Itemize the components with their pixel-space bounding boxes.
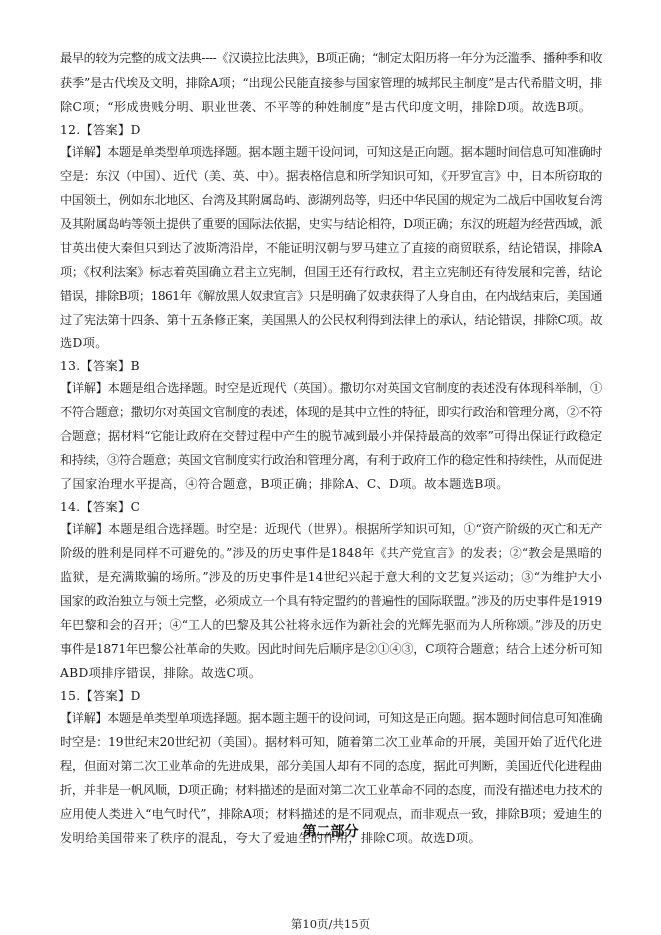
text-line: 折，并非是一帆风顺，D项正确；材料描述的是面对第二次工业革命不同的态度，而没有描… [60, 780, 602, 800]
text-line: 过了宪法第十四条、第十五条修正案，美国黑人的公民权利得到法律上的承认，结论错误，… [60, 310, 602, 330]
text-line: 阶级的胜利是同样不可避免的。”涉及的历史事件是1848年《共产党宣言》的发表；②… [60, 543, 602, 563]
text-line: 选D项。 [60, 333, 602, 353]
section-heading: 第二部分 [0, 822, 661, 842]
text-line: 合题意；据材料“它能让政府在交替过程中产生的脱节减到最小并保持最高的效率”可得出… [60, 426, 602, 446]
text-line: 及其附属岛屿等领土提供了重要的国际法依据，史实与结论相符，D项正确；东汉的班超为… [60, 214, 602, 234]
page-footer: 第10页/共15页 [0, 916, 661, 932]
text-line: 年巴黎和会的召开；④“工人的巴黎及其公社将永远作为新社会的光辉先驱而为人所称颂。… [60, 615, 602, 635]
text-line: 最早的较为完整的成文法典----《汉谟拉比法典》，B项正确；“制定太阳历将一年分… [60, 48, 602, 68]
text-line: 【详解】本题是组合选择题。时空是：近现代（世界）。根据所学知识可知，①“资产阶级… [60, 519, 602, 539]
text-line: 事件是1871年巴黎公社革命的失败。因此时间先后顺序是②①④③，C项符合题意；结… [60, 639, 602, 659]
text-line: 应用使人类进入“电气时代”，排除A项；材料描述的是不同观点，而非观点一致，排除B… [60, 804, 602, 824]
answer-line: 13.【答案】B [60, 356, 602, 376]
text-line: 甘英出使大秦但只到达了波斯湾沿岸，不能证明汉朝与罗马建立了直接的商贸联系，结论错… [60, 238, 602, 258]
text-line: 和持续，③符合题意；英国文官制度实行政治和管理分离，有利于政府工作的稳定性和持续… [60, 450, 602, 470]
text-line: 时空是：19世纪末20世纪初（美国）。据材料可知，随着第二次工业革命的开展，美国… [60, 732, 602, 752]
answer-line: 14.【答案】C [60, 497, 602, 517]
answer-line: 12.【答案】D [60, 120, 602, 140]
text-line: 监狱，是充满欺骗的场所。”涉及的历史事件是14世纪兴起于意大利的文艺复兴运动；③… [60, 567, 602, 587]
text-line: 【详解】本题是单类型单项选择题。据本题主题干的设问词，可知这是正向题。据本题时间… [60, 708, 602, 728]
text-line: 获季”是古代埃及文明，排除A项；“出现公民能直接参与国家管理的城邦民主制度”是古… [60, 73, 602, 93]
text-line: 空是：东汉（中国）、近代（美、英、中）。据表格信息和所学知识可知，《开罗宣言》中… [60, 166, 602, 186]
text-line: 项；《权利法案》标志着英国确立君主立宪制，但国王还有行政权，君主立宪制还有待发展… [60, 262, 602, 282]
text-line: 中国领土，例如东北地区、台湾及其附属岛屿、澎湖列岛等，归还中华民国的规定为二战后… [60, 190, 602, 210]
text-line: 【详解】本题是组合选择题。时空是近现代（英国）。撒切尔对英国文官制度的表述没有体… [60, 378, 602, 398]
document-page: 最早的较为完整的成文法典----《汉谟拉比法典》，B项正确；“制定太阳历将一年分… [0, 0, 661, 935]
text-line: ABD项排序错误，排除。故选C项。 [60, 663, 602, 683]
text-line: 不符合题意；撒切尔对英国文官制度的表述，体现的是其中立性的特征，即实行政治和管理… [60, 402, 602, 422]
text-line: 程，但面对第二次工业革命的先进成果，部分美国人却有不同的态度，据此可判断，美国近… [60, 756, 602, 776]
text-line: 国家的政治独立与领土完整，必须成立一个具有特定盟约的普遍性的国际联盟。”涉及的历… [60, 591, 602, 611]
answer-line: 15.【答案】D [60, 686, 602, 706]
text-line: 了国家治理水平提高，④符合题意，B项正确；排除A、C、D项。故本题选B项。 [60, 474, 602, 494]
text-line: 除C项；“形成贵贱分明、职业世袭、不平等的种姓制度”是古代印度文明，排除D项。故… [60, 97, 602, 117]
text-line: 【详解】本题是单类型单项选择题。据本题主题干设问词，可知这是正向题。据本题时间信… [60, 142, 602, 162]
text-line: 错误，排除B项；1861年《解放黑人奴隶宣言》只是明确了奴隶获得了人身自由，在内… [60, 286, 602, 306]
